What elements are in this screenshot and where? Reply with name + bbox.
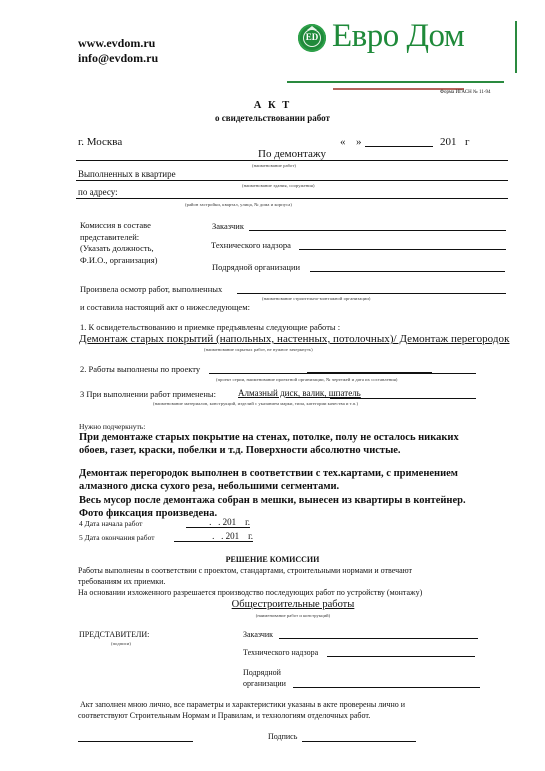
item2-label: 2. Работы выполнены по проекту [80, 364, 200, 374]
commission-contractor-label: Подрядной организации [212, 262, 300, 272]
header-green-rule [287, 81, 504, 83]
logo-letters: ED [303, 29, 321, 47]
address-caption: (район застройки, квартал, улица, № дома… [185, 202, 292, 207]
rep-contractor-signature[interactable] [293, 687, 480, 688]
city-label: г. Москва [78, 136, 122, 148]
logo-house-icon: ED [298, 24, 326, 52]
start-date-field[interactable]: . . 201 г. [186, 517, 250, 528]
commission-label-line: (Указать должность, [80, 243, 190, 255]
item3-label: 3 При выполнении работ применены: [80, 389, 216, 399]
address-label: по адресу: [78, 187, 118, 197]
work-name-value[interactable]: По демонтажу [258, 148, 326, 160]
commission-label: Комиссия в составе представителей: (Указ… [80, 220, 190, 266]
notes-line: Демонтаж перегородок выполнен в соответс… [79, 467, 466, 480]
item3-field[interactable] [330, 398, 476, 399]
item1-value[interactable]: Демонтаж старых покрытий (напольных, нас… [79, 333, 510, 345]
name-field[interactable] [78, 741, 193, 742]
date-month-field[interactable] [365, 146, 433, 147]
notes-paragraph-2: Демонтаж перегородок выполнен в соответс… [79, 467, 466, 520]
commission-label-line: Ф.И.О., организация) [80, 255, 190, 267]
rep-contractor-label-line: организации [243, 678, 286, 689]
representatives-label: ПРЕДСТАВИТЕЛИ: [79, 630, 149, 639]
rep-contractor-label: Подрядной организации [243, 667, 286, 689]
document-title: А К Т [0, 100, 545, 111]
email-link[interactable]: info@evdom.ru [78, 51, 158, 66]
commission-customer-label: Заказчик [212, 221, 244, 231]
notes-line: Весь мусор после демонтажа собран в мешк… [79, 494, 466, 507]
commission-label-line: Комиссия в составе [80, 220, 190, 232]
date-quote-open: « [340, 136, 346, 148]
notes-line: При демонтаже старых покрытие на стенах,… [79, 431, 459, 444]
rep-customer-signature[interactable] [279, 638, 478, 639]
date-year: 201 [440, 136, 457, 148]
item3-caption: (наименование материалов, конструкций, и… [153, 401, 358, 406]
notes-line: алмазного диска сухого реза, небольшими … [79, 480, 466, 493]
notes-line: обоев, газет, краски, побелки и т.д. Пов… [79, 444, 459, 457]
object-field[interactable] [76, 180, 508, 181]
date-year-suffix: г [465, 136, 470, 148]
representatives-caption: (подписи) [111, 641, 131, 646]
compiled-label: и составила настоящий акт о нижеследующе… [80, 302, 250, 312]
rep-customer-label: Заказчик [243, 630, 273, 639]
address-field[interactable] [76, 198, 508, 199]
item1-caption: (наименование скрытых работ, не нужное з… [204, 347, 313, 352]
inspection-caption: (наименование строительно-монтажной орга… [262, 296, 370, 301]
rep-tech-label: Технического надзора [243, 648, 318, 657]
website-link[interactable]: www.evdom.ru [78, 36, 158, 51]
commission-contractor-field[interactable] [310, 271, 505, 272]
next-work-caption: (наименование работ и конструкций) [0, 613, 545, 618]
statement-line-2: соответствуют Строительным Нормам и Прав… [78, 711, 370, 720]
item2-field-mark [307, 372, 432, 374]
date-quote-close: » [356, 136, 362, 148]
notes-paragraph-1: При демонтаже старых покрытие на стенах,… [79, 431, 459, 457]
decision-line-2: требованиям их приемки. [78, 577, 165, 586]
start-date-label: 4 Дата начала работ [79, 519, 142, 528]
item2-caption: (проект серии, наименование проектной ор… [216, 377, 398, 382]
rep-contractor-label-line: Подрядной [243, 667, 286, 678]
statement-line-1: Акт заполнен мною лично, все параметры и… [78, 700, 405, 709]
end-date-label: 5 Дата окончания работ [79, 533, 155, 542]
form-number: Форма ИГАСН № 11-94 [440, 90, 491, 95]
object-label: Выполненных в квартире [78, 169, 176, 179]
commission-tech-label: Технического надзора [211, 240, 291, 250]
item3-value[interactable]: Алмазный диск, валик, шпатель [238, 388, 361, 398]
object-caption: (наименование здания, сооружения) [242, 183, 315, 188]
inspection-label: Произвела осмотр работ, выполненных [80, 284, 222, 294]
signature-field[interactable] [302, 741, 416, 742]
decision-heading: РЕШЕНИЕ КОМИССИИ [0, 555, 545, 564]
brand-logo-text: Евро Дом [332, 18, 464, 55]
work-name-caption: (наименование работ) [252, 163, 296, 168]
work-name-underline [76, 160, 508, 161]
decision-line-1: Работы выполнены в соответствии с проект… [78, 566, 412, 575]
decision-line-3: На основании изложенного разрешается про… [78, 588, 422, 597]
contacts-block: www.evdom.ru info@evdom.ru [78, 36, 158, 66]
inspection-field[interactable] [237, 293, 506, 294]
signature-label: Подпись [268, 732, 297, 741]
document-subtitle: о свидетельствовании работ [0, 113, 545, 123]
next-work-value[interactable]: Общестроительные работы [0, 599, 545, 610]
end-date-field[interactable]: . . 201 г. [174, 531, 253, 542]
logo-divider [515, 21, 517, 73]
notes-heading: Нужно подчеркнуть: [79, 422, 145, 431]
commission-tech-field[interactable] [299, 249, 506, 250]
commission-customer-field[interactable] [249, 230, 506, 231]
item1-label: 1. К освидетельствованию и приемке предъ… [80, 322, 340, 332]
rep-tech-signature[interactable] [327, 656, 475, 657]
commission-label-line: представителей: [80, 232, 190, 244]
